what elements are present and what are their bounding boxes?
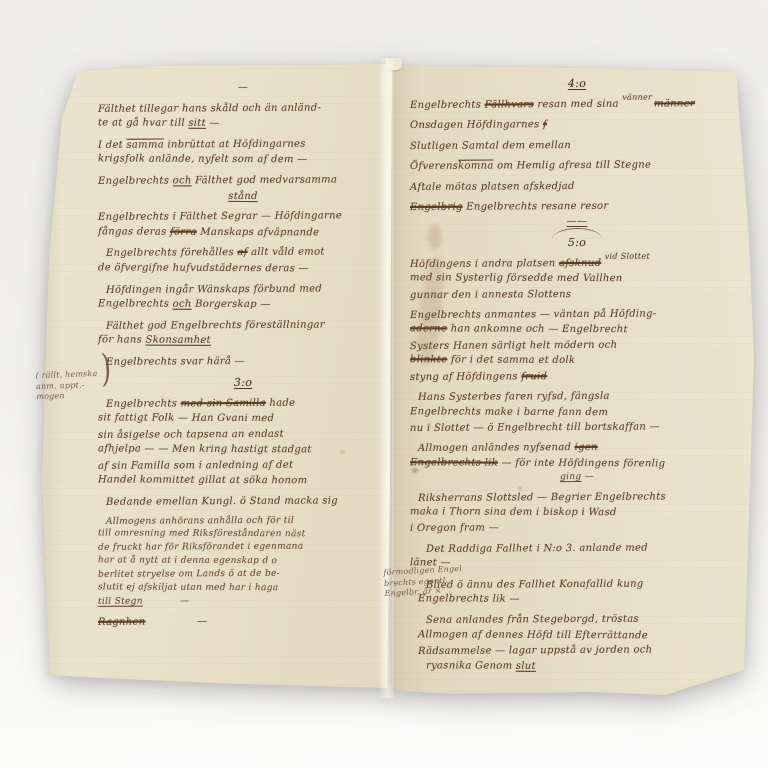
manuscript-line: sit fattigt Folk — Han Gvani med xyxy=(98,410,388,427)
manuscript-line: Höfdingen ingår Wänskaps förbund med xyxy=(98,281,388,298)
manuscript-line: för hans Skonsamhet xyxy=(98,333,388,350)
handwritten-text: hade xyxy=(266,397,295,408)
manuscript-line: Engelbrechts och Fälthet god medvarsamma xyxy=(98,172,388,189)
manuscript-line: ryasnika Genom slut xyxy=(410,658,744,675)
handwritten-text: Engelbrechts make i barne fann dem xyxy=(410,406,608,418)
manuscript-line: Aftale mötas platsen afskedjad xyxy=(410,178,744,195)
text-block: Allmogen anländes nyfsenad igenEngelbrec… xyxy=(410,440,744,484)
manuscript-line: Engelbrechts svar härå — xyxy=(98,353,388,370)
underlined-text: stånd xyxy=(228,190,258,201)
handwritten-text: Engelbrechts xyxy=(98,175,173,186)
handwritten-text: — xyxy=(581,472,594,482)
handwritten-text: Allmogens anhörans anhålla och för til xyxy=(106,515,294,526)
text-block: Aftale mötas platsen afskedjad xyxy=(410,179,744,194)
manuscript-line: Öfverenskomna om Hemlig afresa till Steg… xyxy=(410,157,744,174)
handwritten-text: I det xyxy=(98,139,127,150)
handwritten-text: Det Raddiga Fallhet i N:o 3. anlande med xyxy=(426,542,648,554)
handwritten-text: Slutligen Samtal dem emellan xyxy=(410,140,571,152)
text-block: Höfdingen ingår Wänskaps förbund medEnge… xyxy=(98,282,388,313)
handwritten-text: — xyxy=(238,82,248,93)
handwritten-text: Öfverens xyxy=(410,161,458,172)
manuscript-line: Höfdingens i andra platsen afsknud vid S… xyxy=(410,255,744,272)
struck-text: Fällhvars xyxy=(485,99,534,110)
handwritten-text: Allmogen af dennes Höfd till Efterrättan… xyxy=(418,629,648,641)
manuscript-line: Onsdagen Höfdingarnes f xyxy=(410,116,744,133)
margin-note-line: mogen xyxy=(36,390,98,403)
handwritten-text: Engelbrechts förehålles xyxy=(106,247,237,259)
handwritten-text: Bedande emellan Kungl. ö Stand macka sig xyxy=(106,495,338,507)
text-block: Riksherrans Slottsled — Begrier Engelbre… xyxy=(410,490,744,536)
handwritten-text: ryasnika Genom xyxy=(426,660,516,671)
handwritten-text: till omresning med Riksföreståndaren näs… xyxy=(98,528,306,539)
manuscript-sheet: —Fälthet tillegar hans skåld och än anlä… xyxy=(40,58,756,708)
struck-text: Engelbrechts lik xyxy=(410,457,498,468)
handwritten-text: — xyxy=(143,596,190,606)
handwritten-text: nu i Slottet — ö Engelbrecht till bortsk… xyxy=(410,421,660,434)
text-block: Allmogens anhörans anhålla och för tilti… xyxy=(98,515,388,609)
struck-text: fruid xyxy=(521,371,547,382)
handwritten-text: för hans xyxy=(98,335,146,346)
manuscript-line: Ragnhen — xyxy=(98,613,388,630)
underlined-text: Skonsamhet xyxy=(146,335,211,346)
handwritten-text: Fälthet god Engelbrechts föreställningar xyxy=(106,319,325,331)
manuscript-line: Engelbrechts anmantes — väntan på Höfdin… xyxy=(410,306,744,323)
handwritten-text: sin åsigelse och tapsena an endast xyxy=(98,428,284,440)
manuscript-line: med sin Systerlig försedde med Vallhen xyxy=(410,271,744,288)
manuscript-line: sin åsigelse och tapsena an endast xyxy=(98,426,388,443)
handwritten-text: Allmogen anländes nyfsenad xyxy=(418,442,575,454)
handwritten-text: inbrüttat at Höfdingarnes xyxy=(164,138,306,150)
handwritten-text: med sin Systerlig försedde med Vallhen xyxy=(410,273,623,285)
overlined-text: samma xyxy=(126,139,164,150)
handwritten-text: sit fattigt Folk — Han Gvani med xyxy=(98,412,274,424)
manuscript-line: har at å nytt at i denna egenskap d o xyxy=(98,554,388,569)
text-block: Engelbrechts förehålles af allt våld emo… xyxy=(98,245,388,276)
underlined-text: och xyxy=(173,175,192,186)
handwritten-text: Riksherrans Slottsled — Begrier Engelbre… xyxy=(418,491,666,504)
manuscript-line: Riksherrans Slottsled — Begrier Engelbre… xyxy=(410,489,744,506)
handwritten-text: gunnar den i annesta Slottens xyxy=(410,289,571,301)
handwritten-text: — för inte Höfdingens förenlig xyxy=(498,457,665,469)
handwritten-text: styng af Höfdingens xyxy=(410,371,521,383)
margin-note-line: ( rällt, hemska xyxy=(35,369,97,382)
margin-note-right: förmodligen Engel brechts egentl. Engelb… xyxy=(383,564,463,600)
page-right: 4:oEngelbrechts Fällhvars resan med sina… xyxy=(392,58,756,708)
handwritten-text: i Oregon fram — xyxy=(410,523,499,535)
text-block: I det samma inbrüttat at Höfdingarneskri… xyxy=(98,137,388,168)
manuscript-line: af sin Familla som i anledning af det xyxy=(98,457,388,474)
manuscript-line: Sena anlandes från Stegeborgd, tröstas xyxy=(410,611,744,628)
manuscript-line: Engelbrechts make i barne fann dem xyxy=(410,404,744,421)
struck-text: Engelbrig xyxy=(410,202,463,213)
handwritten-text: krigsfolk anlände, nyfelt som af dem — xyxy=(98,154,308,166)
text-block: — xyxy=(98,80,388,96)
manuscript-line: Engelbrechts förehålles af allt våld emo… xyxy=(98,244,388,261)
handwritten-text: maka i Thorn sina dem i biskop i Wasd xyxy=(410,506,617,518)
manuscript-line: Engelbrechts lik — för inte Höfdingens f… xyxy=(410,455,744,472)
manuscript-line: Rädsammelse — lagar uppstå av jorden och xyxy=(410,642,744,659)
closing-paren-mark: ) xyxy=(101,362,112,378)
underlined-text: —— xyxy=(567,216,588,227)
handwritten-text: Handel kommittet gillat at söka honom xyxy=(98,475,307,487)
manuscript-line: maka i Thorn sina dem i biskop i Wasd xyxy=(410,504,744,521)
underlined-text: slut xyxy=(516,660,536,671)
handwritten-text: de fruckt har för Riksförandet i egenman… xyxy=(98,542,303,553)
manuscript-line: fångas deras förra Manskaps afväpnande xyxy=(98,224,388,241)
manuscript-line: berlitet stryelse om Lands ö at de be- xyxy=(98,567,388,582)
handwritten-text: Systers Hanen särligt helt mödern och xyxy=(410,340,617,352)
manuscript-line: slutit ej afskiljat utan med har i haga xyxy=(98,581,388,596)
text-block: Engelbrechts i Fälthet Segrar — Höfdinga… xyxy=(98,209,388,240)
handwritten-text: Engelbrechts anmantes — väntan på Höfdin… xyxy=(410,309,657,322)
inserted-correction: vid Slottet xyxy=(605,248,650,264)
handwritten-text: för i det samma et dolk xyxy=(447,355,575,367)
handwritten-text: har at å nytt at i denna egenskap d o xyxy=(98,555,277,566)
handwritten-text: Engelbrechts resane resor xyxy=(463,201,609,213)
text-block: Engelbrechts Fällhvars resan med sina vä… xyxy=(410,97,744,112)
handwritten-text: allt våld emot xyxy=(248,247,325,258)
manuscript-line: Det Raddiga Fallhet i N:o 3. anlande med xyxy=(410,540,744,557)
handwritten-text: Engelbrechts xyxy=(98,298,173,309)
underlined-text: sitt xyxy=(188,118,206,129)
handwritten-text: te at gå hvar till xyxy=(98,118,188,129)
text-block: Fälthet tillegar hans skåld och än anlän… xyxy=(98,101,388,132)
underlined-text: 3:o xyxy=(234,375,252,388)
manuscript-line: Systers Hanen särligt helt mödern och xyxy=(410,337,744,354)
page-left-text: —Fälthet tillegar hans skåld och än anlä… xyxy=(98,80,388,634)
handwritten-text: Rädsammelse — lagar uppstå av jorden och xyxy=(418,645,652,657)
manuscript-line: Engelbrechts med sin Samilla hade xyxy=(98,395,388,412)
manuscript-line: aderne han ankomne och — Engelbrecht xyxy=(410,322,744,339)
manuscript-line: Bedande emellan Kungl. ö Stand macka sig xyxy=(98,493,388,510)
struck-text: blinkte xyxy=(410,355,447,366)
handwritten-text: Engelbrechts xyxy=(106,398,181,409)
text-block: Sena anlandes från Stegeborgd, tröstasAl… xyxy=(410,612,744,674)
manuscript-line: —— xyxy=(410,214,744,231)
text-block: Hans Systerbes faren ryfsd, fängslaEngel… xyxy=(410,389,744,435)
overlined-text: komna xyxy=(458,161,494,172)
manuscript-line: nu i Slottet — ö Engelbrecht till bortsk… xyxy=(410,419,744,436)
manuscript-line: Hans Systerbes faren ryfsd, fängsla xyxy=(410,388,744,405)
manuscript-line: ging — xyxy=(410,470,744,485)
handwritten-text: Höfdingens i andra platsen xyxy=(410,258,559,270)
manuscript-line: Fälthet tillegar hans skåld och än anlän… xyxy=(98,100,388,117)
struck-text: afsknud xyxy=(559,258,601,269)
handwritten-text: slutit ej afskiljat utan med har i haga xyxy=(98,582,278,593)
struck-text: med sin Samilla xyxy=(181,397,266,409)
manuscript-line: afhjelpa — — Men kring hastigt stadgat xyxy=(98,442,388,459)
text-block: 3:o xyxy=(98,375,388,391)
underlined-text: 4:o xyxy=(568,77,586,90)
handwritten-text: Höfdingen ingår Wänskaps förbund med xyxy=(106,283,322,295)
struck-text: aderne xyxy=(410,324,447,335)
handwritten-text: Sena anlandes från Stegeborgd, tröstas xyxy=(426,614,639,626)
handwritten-text: — xyxy=(145,616,207,627)
manuscript-line: I det samma inbrüttat at Höfdingarnes xyxy=(98,136,388,153)
text-block: Bedande emellan Kungl. ö Stand macka sig xyxy=(98,494,388,510)
handwritten-text: Aftale mötas platsen afskedjad xyxy=(410,181,575,193)
struck-text: af xyxy=(237,247,247,258)
manuscript-line: 3:o xyxy=(98,374,388,392)
text-block: 4:o xyxy=(410,76,744,92)
margin-note-left: ) ( rällt, hemska anm. uppt.- mogen xyxy=(35,369,98,403)
text-block: Onsdagen Höfdingarnes f xyxy=(410,117,744,132)
manuscript-line: Handel kommittet gillat at söka honom xyxy=(98,473,388,490)
handwritten-text: fångas deras xyxy=(98,226,170,237)
manuscript-line: i Oregon fram — xyxy=(410,519,744,536)
fold-notch xyxy=(386,58,402,70)
manuscript-line: gunnar den i annesta Slottens xyxy=(410,286,744,303)
text-block: Slutligen Samtal dem emellan xyxy=(410,138,744,153)
manuscript-line: Engelbrechts i Fälthet Segrar — Höfdinga… xyxy=(98,208,388,225)
handwritten-text xyxy=(601,258,605,269)
handwritten-text: Engelbrechts i Fälthet Segrar — Höfdinga… xyxy=(98,211,342,223)
struck-text: f xyxy=(543,120,547,131)
handwritten-text: han ankomne och — Engelbrecht xyxy=(447,324,628,336)
handwritten-text: Engelbrechts xyxy=(410,100,485,111)
text-block: Engelbrechts svar härå — xyxy=(98,354,388,370)
underlined-text: och xyxy=(173,299,192,310)
handwritten-text: Onsdagen Höfdingarnes xyxy=(410,120,543,132)
manuscript-line: styng af Höfdingens fruid xyxy=(410,368,744,385)
handwritten-text: berlitet stryelse om Lands ö at de be- xyxy=(98,569,280,580)
handwritten-text: Fälthet god medvarsamma xyxy=(192,174,338,186)
manuscript-line: blinkte för i det samma et dolk xyxy=(410,353,744,370)
text-block: Höfdingens i andra platsen afsknud vid S… xyxy=(410,256,744,302)
handwritten-text: Engelbrechts svar härå — xyxy=(106,356,245,368)
handwritten-text: Manskaps afväpnande xyxy=(197,227,320,239)
handwritten-text: Borgerskap — xyxy=(192,299,271,310)
manuscript-line: 5:o xyxy=(410,234,744,252)
text-block: 5:o xyxy=(410,235,744,251)
handwritten-text: Hans Systerbes faren ryfsd, fängsla xyxy=(418,391,610,403)
section-heading-text: 5:o xyxy=(568,235,586,251)
text-block: Engelbrig Engelbrechts resane resor—— xyxy=(410,199,744,230)
manuscript-line: Allmogen anländes nyfsenad igen xyxy=(410,439,744,456)
handwritten-text: af sin Familla som i anledning af det xyxy=(98,460,293,472)
manuscript-line: de fruckt har för Riksförandet i egenman… xyxy=(98,541,388,556)
struck-text: igen xyxy=(575,442,598,453)
manuscript-line: Allmogen af dennes Höfd till Efterrättan… xyxy=(410,627,744,644)
manuscript-line: Engelbrechts Fällhvars resan med sina vä… xyxy=(410,96,744,113)
struck-text: förra xyxy=(170,226,197,237)
underlined-text: till Stegn xyxy=(98,597,143,607)
manuscript-line: stånd xyxy=(98,188,388,205)
manuscript-line: 4:o xyxy=(410,75,744,93)
struck-text: Ragnhen xyxy=(98,616,146,627)
inserted-correction: vänner xyxy=(622,90,652,106)
manuscript-line: — xyxy=(98,79,388,96)
manuscript-line: Engelbrig Engelbrechts resane resor xyxy=(410,198,744,215)
manuscript-line: Slutligen Samtal dem emellan xyxy=(410,137,744,154)
handwritten-text: afhjelpa — — Men kring hastigt stadgat xyxy=(98,444,312,456)
handwritten-text: — xyxy=(206,118,220,129)
handwritten-text: om Hemlig afresa till Stegne xyxy=(494,160,652,172)
text-block: Engelbrechts och Fälthet god medvarsamma… xyxy=(98,173,388,204)
text-block: Engelbrechts anmantes — väntan på Höfdin… xyxy=(410,307,744,384)
handwritten-text: de öfvergifne hufvudstädernes deras — xyxy=(98,262,309,274)
manuscript-line: krigsfolk anlände, nyfelt som af dem — xyxy=(98,152,388,169)
text-block: Engelbrechts med sin Samilla hadesit fat… xyxy=(98,396,388,490)
struck-text: männer xyxy=(654,98,695,109)
manuscript-line: de öfvergifne hufvudstädernes deras — xyxy=(98,260,388,277)
manuscript-line: Allmogens anhörans anhålla och för til xyxy=(98,514,388,529)
underlined-text: ging xyxy=(560,472,581,482)
manuscript-line: till Stegn — xyxy=(98,594,388,609)
text-block: Fälthet god Engelbrechts föreställningar… xyxy=(98,318,388,349)
handwritten-text: Fälthet tillegar hans skåld och än anlän… xyxy=(98,102,321,114)
text-block: Ragnhen — xyxy=(98,614,388,630)
manuscript-line: te at gå hvar till sitt — xyxy=(98,116,388,133)
handwritten-text: resan med sina xyxy=(534,99,622,111)
text-block: Öfverenskomna om Hemlig afresa till Steg… xyxy=(410,158,744,173)
manuscript-line: till omresning med Riksföreståndaren näs… xyxy=(98,527,388,542)
manuscript-line: Engelbrechts och Borgerskap — xyxy=(98,296,388,313)
manuscript-line: Fälthet god Engelbrechts föreställningar xyxy=(98,317,388,334)
